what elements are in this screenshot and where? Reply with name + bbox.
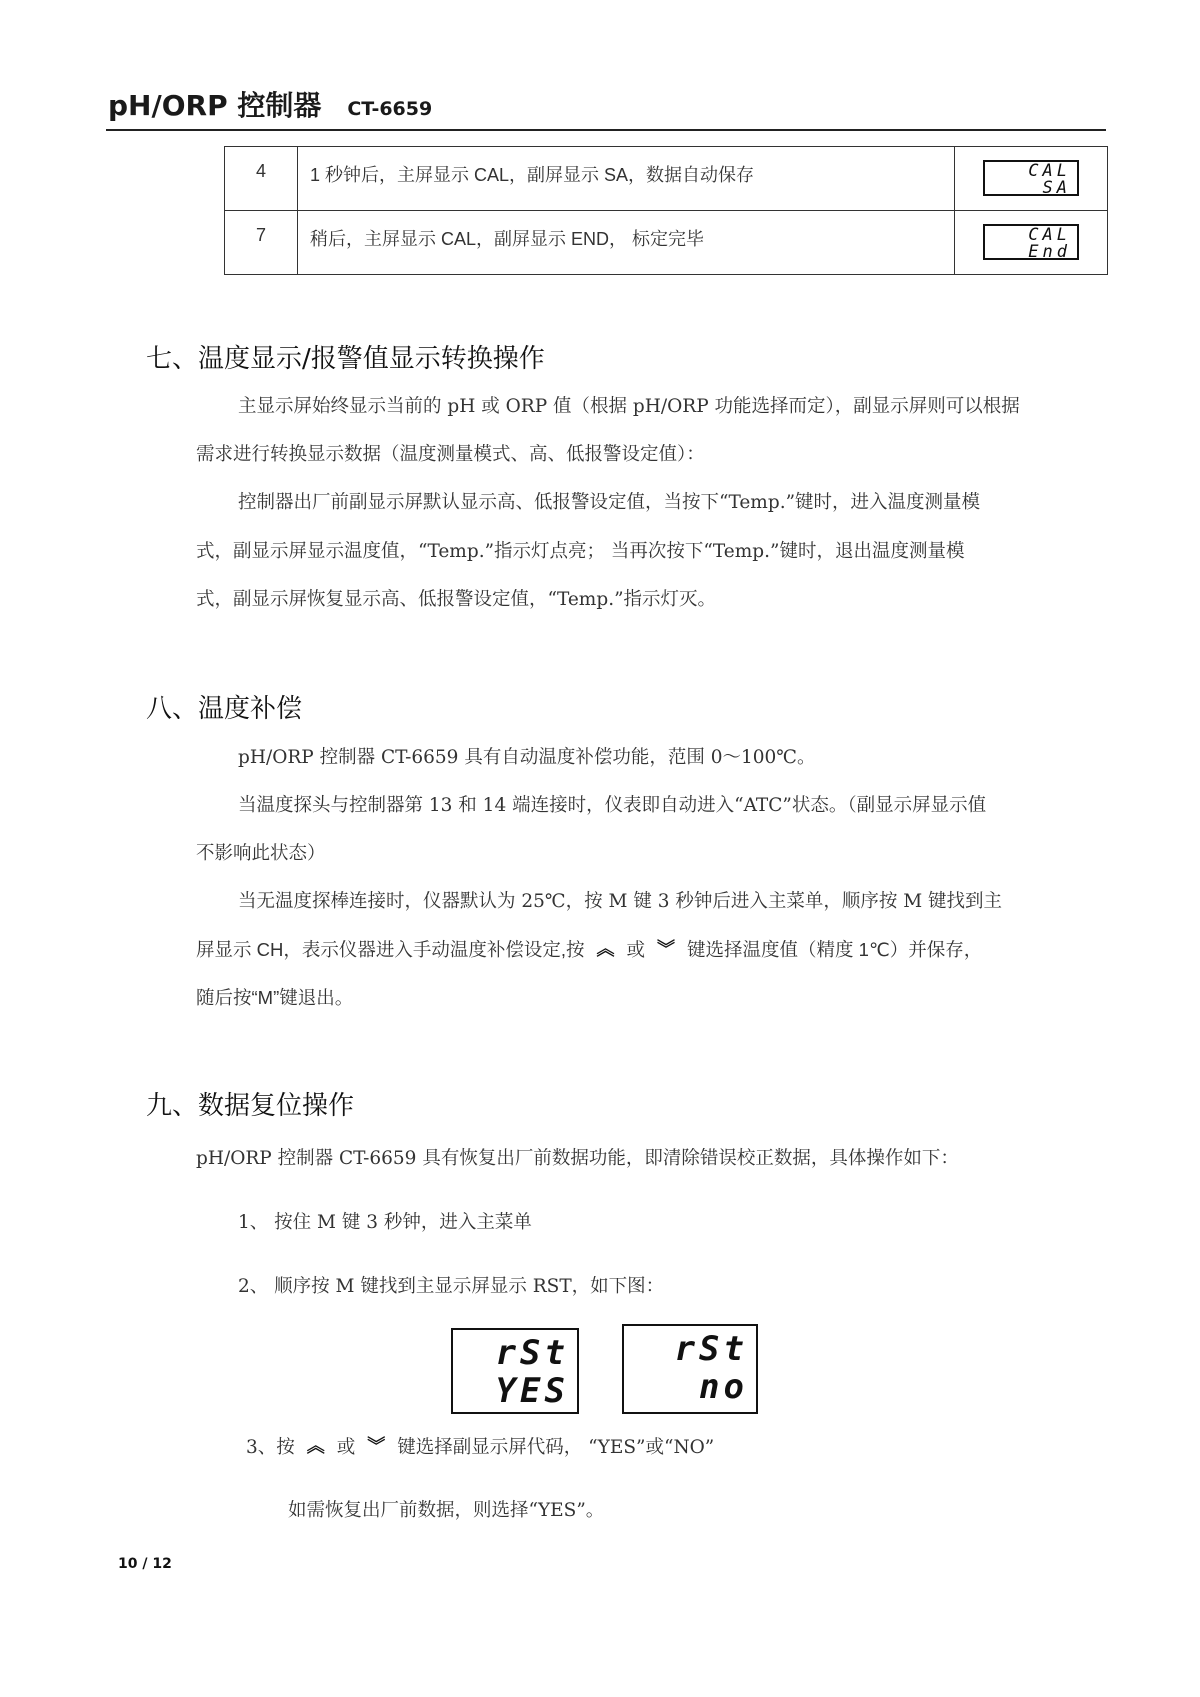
text-segment: 或	[337, 1437, 356, 1458]
paragraph-line: pH/ORP 控制器 CT-6659 具有恢复出厂前数据功能，即清除错误校正数据…	[196, 1150, 959, 1169]
header-divider	[106, 129, 1106, 131]
paragraph-line: 式，副显示屏恢复显示高、低报警设定值，“Temp.”指示灯灭。	[196, 591, 716, 610]
down-arrow-key-icon: ︾	[657, 941, 675, 959]
lcd-sub-line: no	[624, 1370, 748, 1408]
paragraph-line: 随后按“M”键退出。	[196, 989, 353, 1008]
document-title: pH/ORP 控制器	[108, 89, 321, 122]
lcd-sub-line: YES	[453, 1374, 569, 1412]
step-number: 7	[225, 211, 298, 275]
paragraph-line: 式，副显示屏显示温度值，“Temp.”指示灯点亮； 当再次按下“Temp.”键时…	[196, 543, 964, 562]
text-segment: 3、按	[246, 1437, 295, 1458]
lcd-display-rst-no: rSt no	[622, 1324, 758, 1414]
lcd-cell: CAL End	[955, 211, 1108, 275]
section-title: 八、温度补偿	[146, 688, 302, 725]
page-number: 10 / 12	[118, 1556, 172, 1572]
lcd-display: CAL SA	[983, 160, 1079, 196]
down-arrow-key-icon: ︾	[367, 1438, 385, 1456]
lcd-main-line: CAL	[985, 227, 1071, 244]
note-line: 如需恢复出厂前数据，则选择“YES”。	[288, 1502, 604, 1521]
list-item: 2、 顺序按 M 键找到主显示屏显示 RST，如下图：	[238, 1278, 664, 1297]
up-arrow-key-icon: ︽	[597, 941, 615, 959]
text-segment: 键选择副显示屏代码， “YES”或“NO”	[397, 1437, 714, 1458]
list-item: 1、 按住 M 键 3 秒钟，进入主菜单	[238, 1214, 532, 1233]
text-segment: 屏显示 CH，表示仪器进入手动温度补偿设定,按	[196, 939, 585, 960]
paragraph-line: 控制器出厂前副显示屏默认显示高、低报警设定值，当按下“Temp.”键时，进入温度…	[238, 494, 980, 513]
step-description: 1 秒钟后，主屏显示 CAL，副屏显示 SA，数据自动保存	[298, 147, 955, 211]
section-title: 七、温度显示/报警值显示转换操作	[146, 338, 545, 375]
table-row: 7 稍后，主屏显示 CAL，副屏显示 END， 标定完毕 CAL End	[225, 211, 1108, 275]
lcd-main-line: CAL	[985, 163, 1071, 180]
step-description: 稍后，主屏显示 CAL，副屏显示 END， 标定完毕	[298, 211, 955, 275]
document-header: pH/ORP 控制器CT-6659	[108, 84, 432, 124]
section-title: 九、数据复位操作	[146, 1085, 354, 1122]
lcd-sub-line: End	[985, 244, 1071, 261]
list-item: 3、按︽或︾键选择副显示屏代码， “YES”或“NO”	[246, 1438, 714, 1458]
paragraph-line: pH/ORP 控制器 CT-6659 具有自动温度补偿功能，范围 0～100℃。	[238, 749, 816, 768]
calibration-steps-table: 4 1 秒钟后，主屏显示 CAL，副屏显示 SA，数据自动保存 CAL SA 7…	[224, 146, 1108, 275]
paragraph-line: 当温度探头与控制器第 13 和 14 端连接时，仪表即自动进入“ATC”状态。（…	[238, 797, 986, 816]
lcd-main-line: rSt	[453, 1336, 569, 1374]
paragraph-line: 屏显示 CH，表示仪器进入手动温度补偿设定,按︽或︾键选择温度值（精度 1℃）并…	[196, 941, 982, 961]
table-row: 4 1 秒钟后，主屏显示 CAL，副屏显示 SA，数据自动保存 CAL SA	[225, 147, 1108, 211]
paragraph-line: 主显示屏始终显示当前的 pH 或 ORP 值（根据 pH/ORP 功能选择而定）…	[238, 398, 1020, 417]
lcd-sub-line: SA	[985, 180, 1071, 197]
paragraph-line: 不影响此状态）	[196, 845, 326, 864]
text-segment: 或	[627, 940, 646, 961]
model-number: CT-6659	[347, 98, 432, 120]
paragraph-line: 需求进行转换显示数据（温度测量模式、高、低报警设定值）：	[196, 446, 705, 465]
paragraph-line: 当无温度探棒连接时，仪器默认为 25℃，按 M 键 3 秒钟后进入主菜单，顺序按…	[238, 893, 1002, 912]
lcd-cell: CAL SA	[955, 147, 1108, 211]
lcd-display-rst-yes: rSt YES	[451, 1328, 579, 1414]
text-segment: 键选择温度值（精度 1℃）并保存，	[687, 939, 982, 960]
up-arrow-key-icon: ︽	[307, 1438, 325, 1456]
lcd-main-line: rSt	[624, 1332, 748, 1370]
lcd-display: CAL End	[983, 224, 1079, 260]
step-number: 4	[225, 147, 298, 211]
